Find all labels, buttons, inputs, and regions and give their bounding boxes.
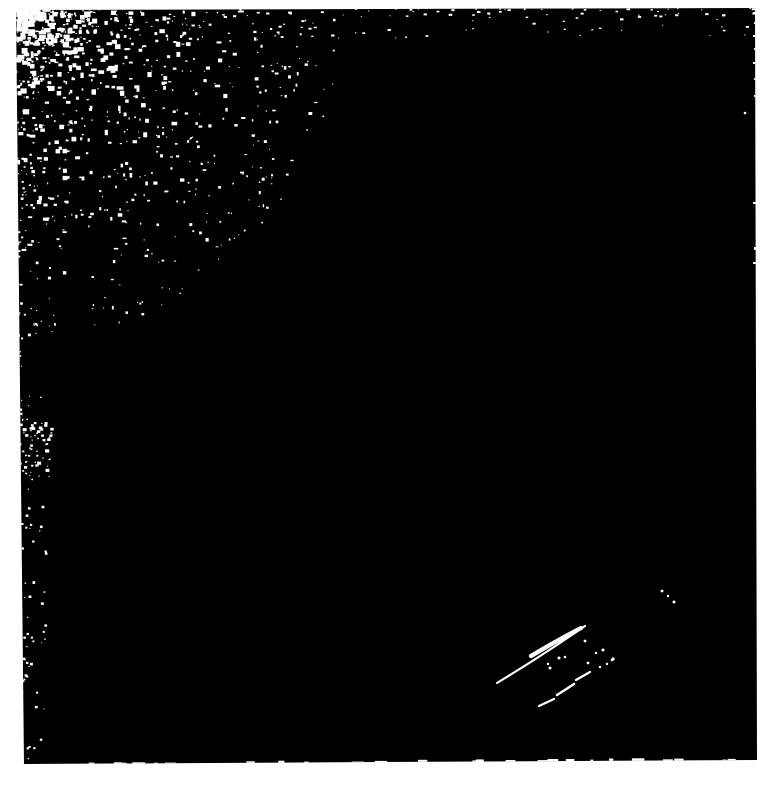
dark-field-photograph (0, 0, 768, 792)
photo-black-field (16, 8, 757, 764)
scanned-figure-page (0, 0, 768, 792)
